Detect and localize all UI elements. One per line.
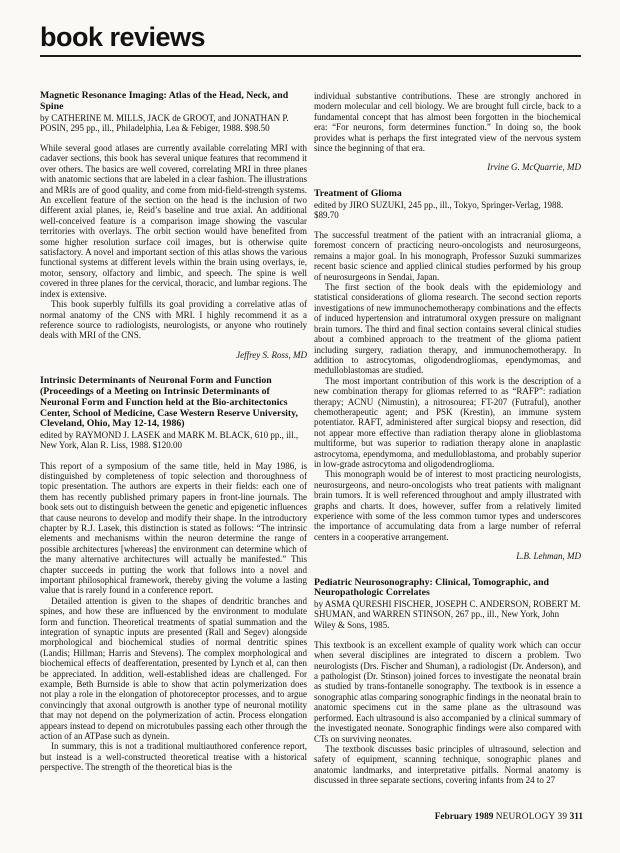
footer-page-number: 311 xyxy=(570,812,583,822)
review-paragraph: While several good atlases are currently… xyxy=(40,143,307,299)
review-byline-mri-atlas: by CATHERINE M. MILLS, JACK de GROOT, an… xyxy=(40,113,307,133)
review-paragraph: The most important contribution of this … xyxy=(314,376,581,470)
review-title-treatment-of-glioma: Treatment of Glioma xyxy=(314,189,581,200)
review-title-pediatric-neurosonography: Pediatric Neurosonography: Clinical, Tom… xyxy=(314,578,581,600)
review-paragraph: The successful treatment of the patient … xyxy=(314,230,581,282)
two-column-layout: Magnetic Resonance Imaging: Atlas of the… xyxy=(40,91,581,786)
review-title-mri-atlas: Magnetic Resonance Imaging: Atlas of the… xyxy=(40,91,307,113)
section-masthead: book reviews xyxy=(40,22,581,52)
review-paragraph: This book superbly fulfills its goal pro… xyxy=(40,299,307,341)
left-column: Magnetic Resonance Imaging: Atlas of the… xyxy=(40,91,307,773)
review-byline-intrinsic-determinants: edited by RAYMOND J. LASEK and MARK M. B… xyxy=(40,430,307,450)
review-paragraph-continued: individual substantive contributions. Th… xyxy=(314,91,581,153)
review-paragraph: This monograph would be of interest to m… xyxy=(314,469,581,542)
review-byline-treatment-of-glioma: edited by JIRO SUZUKI, 245 pp., ill., To… xyxy=(314,200,581,220)
footer-issue-date: February 1989 xyxy=(435,812,494,822)
review-paragraph: In summary, this is not a traditional mu… xyxy=(40,741,307,772)
page-content: book reviews Magnetic Resonance Imaging:… xyxy=(40,22,581,786)
reviewer-signature: Irvine G. McQuarrie, MD xyxy=(314,162,581,172)
reviewer-signature: Jeffrey S. Ross, MD xyxy=(40,350,307,360)
footer-journal-volume: NEUROLOGY 39 xyxy=(496,812,568,822)
page-footer: February 1989 NEUROLOGY 39 311 xyxy=(435,812,583,823)
review-paragraph: The first section of the book deals with… xyxy=(314,282,581,376)
reviewer-signature: L.B. Lehman, MD xyxy=(314,551,581,561)
journal-page: book reviews Magnetic Resonance Imaging:… xyxy=(0,0,620,853)
review-paragraph: The textbook discusses basic principles … xyxy=(314,744,581,786)
review-paragraph: This textbook is an excellent example of… xyxy=(314,640,581,744)
right-column: individual substantive contributions. Th… xyxy=(314,91,581,786)
review-paragraph: This report of a symposium of the same t… xyxy=(40,461,307,596)
review-title-intrinsic-determinants: Intrinsic Determinants of Neuronal Form … xyxy=(40,376,307,430)
review-byline-pediatric-neurosonography: by ASMA QURESHI FISCHER, JOSEPH C. ANDER… xyxy=(314,599,581,630)
review-paragraph: Detailed attention is given to the shape… xyxy=(40,596,307,742)
masthead-rule xyxy=(40,55,581,57)
